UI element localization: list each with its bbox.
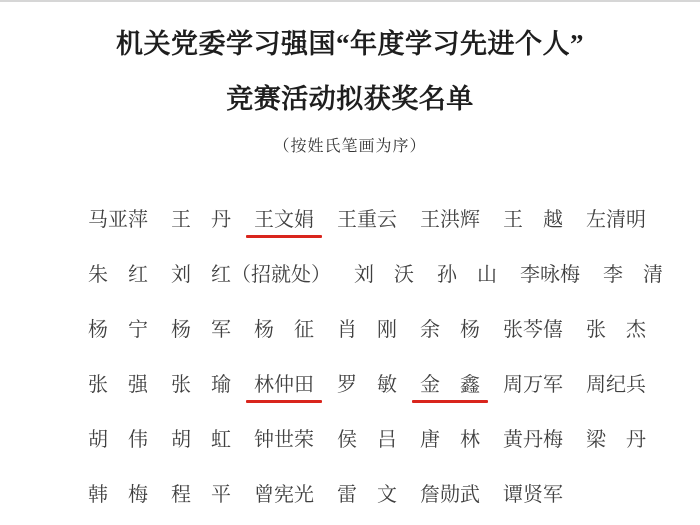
person-name: 余 杨 (420, 320, 480, 341)
name-row: 马亚萍 王 丹 王文娟 王重云 王洪辉 王 越 左清明 (88, 210, 700, 231)
person-name: 胡 伟 (88, 430, 148, 451)
person-name: 唐 林 (420, 430, 480, 451)
person-name: 詹勋武 (420, 485, 480, 506)
person-name: 张 瑜 (171, 375, 231, 396)
person-name: 韩 梅 (88, 485, 148, 506)
name-row: 韩 梅 程 平 曾宪光 雷 文 詹勋武 谭贤军 (88, 485, 700, 506)
person-name: 杨 征 (254, 320, 314, 341)
person-name: 刘 红（招就处） (171, 265, 331, 286)
person-name: 张 杰 (586, 320, 646, 341)
person-name: 周纪兵 (586, 375, 646, 396)
document-subtitle: （按姓氏笔画为序） (0, 136, 700, 158)
person-name: 胡 虹 (171, 430, 231, 451)
person-name: 金 鑫 (420, 375, 480, 396)
person-name: 刘 沃 (354, 265, 414, 286)
person-name: 马亚萍 (88, 210, 148, 231)
person-name: 孙 山 (437, 265, 497, 286)
person-name: 周万军 (503, 375, 563, 396)
document-title-line2: 竞赛活动拟获奖名单 (0, 82, 700, 116)
person-name: 杨 宁 (88, 320, 148, 341)
person-name: 罗 敏 (337, 375, 397, 396)
name-list: 马亚萍 王 丹 王文娟 王重云 王洪辉 王 越 左清明 朱 红 刘 红（招就处）… (88, 210, 700, 506)
name-row: 朱 红 刘 红（招就处） 刘 沃 孙 山 李咏梅 李 清 (88, 265, 700, 286)
person-name: 梁 丹 (586, 430, 646, 451)
person-name: 钟世荣 (254, 430, 314, 451)
person-name: 张芩僖 (503, 320, 563, 341)
person-name: 雷 文 (337, 485, 397, 506)
person-name: 肖 刚 (337, 320, 397, 341)
person-name: 程 平 (171, 485, 231, 506)
person-name: 朱 红 (88, 265, 148, 286)
person-name: 林仲田 (254, 375, 314, 396)
person-name: 左清明 (586, 210, 646, 231)
person-name: 黄丹梅 (503, 430, 563, 451)
person-name: 杨 军 (171, 320, 231, 341)
person-name: 曾宪光 (254, 485, 314, 506)
person-name: 李咏梅 (520, 265, 580, 286)
document-page: 机关党委学习强国“年度学习先进个人” 竞赛活动拟获奖名单 （按姓氏笔画为序） 马… (0, 0, 700, 525)
name-row: 杨 宁 杨 军 杨 征 肖 刚 余 杨 张芩僖 张 杰 (88, 320, 700, 341)
name-row: 张 强 张 瑜 林仲田 罗 敏 金 鑫 周万军 周纪兵 (88, 375, 700, 396)
person-name: 王 丹 (171, 210, 231, 231)
name-row: 胡 伟 胡 虹 钟世荣 侯 吕 唐 林 黄丹梅 梁 丹 (88, 430, 700, 451)
person-name: 李 清 (603, 265, 663, 286)
person-name: 王文娟 (254, 210, 314, 231)
person-name: 谭贤军 (503, 485, 563, 506)
person-name: 张 强 (88, 375, 148, 396)
person-name: 王洪辉 (420, 210, 480, 231)
person-name: 侯 吕 (337, 430, 397, 451)
document-title-line1: 机关党委学习强国“年度学习先进个人” (0, 2, 700, 61)
person-name: 王 越 (503, 210, 563, 231)
person-name: 王重云 (337, 210, 397, 231)
